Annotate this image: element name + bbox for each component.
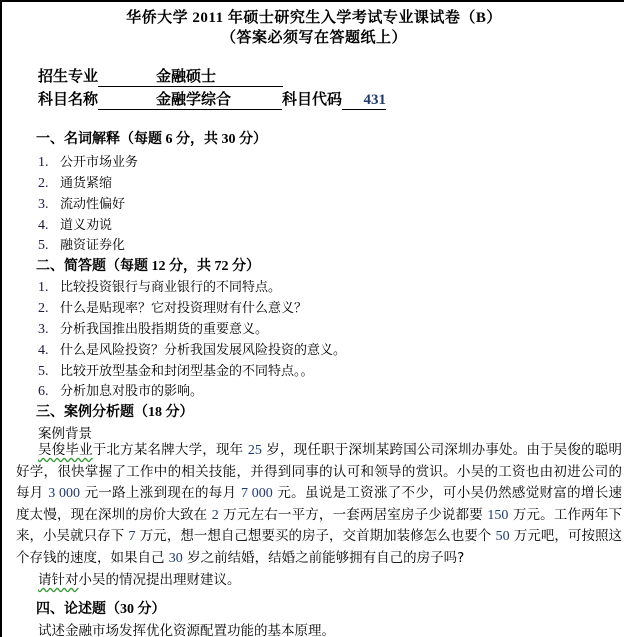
case-paragraph: 吴俊毕业于北方某名牌大学，现年 25 岁，现任职于深圳某跨国公司深圳办事处。由于… xyxy=(16,440,622,570)
section-4-heading: 四、论述题（30 分） xyxy=(36,598,166,618)
list-item: 4.道义劝说 xyxy=(38,214,112,234)
list-item: 1.公开市场业务 xyxy=(38,151,138,171)
exam-title: 华侨大学 2011 年硕士研究生入学考试专业课试卷（B） xyxy=(2,6,624,27)
list-item: 1.比较投资银行与商业银行的不同特点。 xyxy=(38,276,281,296)
underline xyxy=(98,93,156,110)
list-item: 5.融资证券化 xyxy=(38,234,125,254)
section-1-heading: 一、名词解释（每题 6 分，共 30 分） xyxy=(36,128,267,148)
exam-page: 华侨大学 2011 年硕士研究生入学考试专业课试卷（B） （答案必须写在答题纸上… xyxy=(0,0,624,637)
list-item: 4.什么是风险投资？分析我国发展风险投资的意义。 xyxy=(38,339,346,359)
case-subheading: 案例背景 xyxy=(38,422,92,442)
code-value: 431 xyxy=(342,92,386,110)
code-label: 科目代码 xyxy=(282,92,342,108)
major-value: 金融硕士 xyxy=(156,65,283,87)
subject-value: 金融学综合 xyxy=(156,88,282,110)
case-task-text: 小吴的情况提出理财建议。 xyxy=(79,572,241,588)
major-row: 招生专业金融硕士 xyxy=(38,65,283,87)
list-item: 3.分析我国推出股指期货的重要意义。 xyxy=(38,318,268,338)
subject-row: 科目名称金融学综合科目代码431 xyxy=(38,88,386,110)
list-item: 6.分析加息对股市的影响。 xyxy=(38,380,203,400)
exam-instruction: （答案必须写在答题纸上） xyxy=(2,26,624,47)
case-task: 请针对小吴的情况提出理财建议。 xyxy=(38,568,241,588)
subject-label: 科目名称 xyxy=(38,92,98,108)
major-label: 招生专业 xyxy=(38,69,98,85)
list-item: 5.比较开放型基金和封闭型基金的不同特点。。 xyxy=(38,360,314,380)
list-item: 2.通货紧缩 xyxy=(38,172,112,192)
section-3-heading: 三、案例分析题（18 分） xyxy=(36,401,194,421)
section-2-heading: 二、简答题（每题 12 分，共 72 分） xyxy=(36,255,260,275)
essay-question: 试述金融市场发挥优化资源配置功能的基本原理。 xyxy=(38,619,335,637)
underline xyxy=(98,70,156,87)
list-item: 3.流动性偏好 xyxy=(38,193,125,213)
list-item: 2.什么是贴现率？它对投资理财有什么意义？ xyxy=(38,297,307,317)
